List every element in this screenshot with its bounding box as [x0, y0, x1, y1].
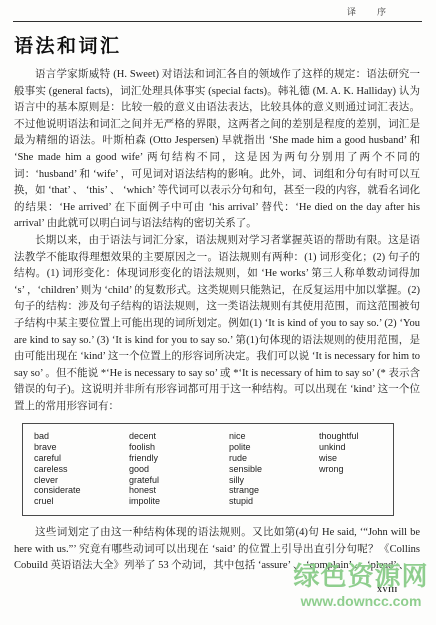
adjective-item: clever: [34, 475, 129, 486]
adjective-column-3: nicepoliterudesensiblesillystrangestupid: [229, 431, 319, 507]
running-header: 译 序: [0, 0, 436, 18]
adjective-item: rude: [229, 453, 319, 464]
adjective-item: careful: [34, 453, 129, 464]
body-text: 语言学家斯威特 (H. Sweet) 对语法和词汇各自的领域作了这样的规定：语法…: [14, 67, 420, 575]
adjective-item: friendly: [129, 453, 229, 464]
adjective-item: strange: [229, 485, 319, 496]
watermark-site-url: www.downcc.com: [291, 593, 431, 609]
paragraph-reporting-verbs: 这些词划定了由这一种结构体现的语法规则。又比如第(4)句 He said, ‘“…: [14, 525, 420, 575]
adjective-item: considerate: [34, 485, 129, 496]
adjective-item: thoughtful: [319, 431, 389, 442]
adjective-item: impolite: [129, 496, 229, 507]
book-page: 译 序 语法和词汇 语言学家斯威特 (H. Sweet) 对语法和词汇各自的领域…: [0, 0, 436, 625]
adjective-item: honest: [129, 485, 229, 496]
paragraph-grammar-rules: 长期以来，由于语法与词汇分家，语法规则对学习者掌握英语的帮助有限。这是语法教学不…: [14, 233, 420, 416]
adjective-item: silly: [229, 475, 319, 486]
adjective-column-4: thoughtfulunkindwisewrong: [319, 431, 389, 507]
adjective-column-2: decentfoolishfriendlygoodgratefulhonesti…: [129, 431, 229, 507]
adjective-item: foolish: [129, 442, 229, 453]
paragraph-grammar-vs-vocabulary: 语言学家斯威特 (H. Sweet) 对语法和词汇各自的领域作了这样的规定：语法…: [14, 67, 420, 233]
header-divider: [13, 21, 422, 22]
adjective-item: good: [129, 464, 229, 475]
adjective-item: brave: [34, 442, 129, 453]
adjective-item: cruel: [34, 496, 129, 507]
adjective-item: polite: [229, 442, 319, 453]
adjective-item: unkind: [319, 442, 389, 453]
adjective-item: sensible: [229, 464, 319, 475]
adjective-item: wrong: [319, 464, 389, 475]
adjective-item: wise: [319, 453, 389, 464]
adjective-item: grateful: [129, 475, 229, 486]
adjective-item: bad: [34, 431, 129, 442]
adjective-item: careless: [34, 464, 129, 475]
adjective-item: decent: [129, 431, 229, 442]
page-number: XVIII: [377, 586, 398, 594]
adjective-item: nice: [229, 431, 319, 442]
adjective-table: badbravecarefulcarelesscleverconsiderate…: [22, 423, 394, 516]
adjective-column-1: badbravecarefulcarelesscleverconsiderate…: [34, 431, 129, 507]
page-title: 语法和词汇: [14, 31, 436, 58]
adjective-item: stupid: [229, 496, 319, 507]
